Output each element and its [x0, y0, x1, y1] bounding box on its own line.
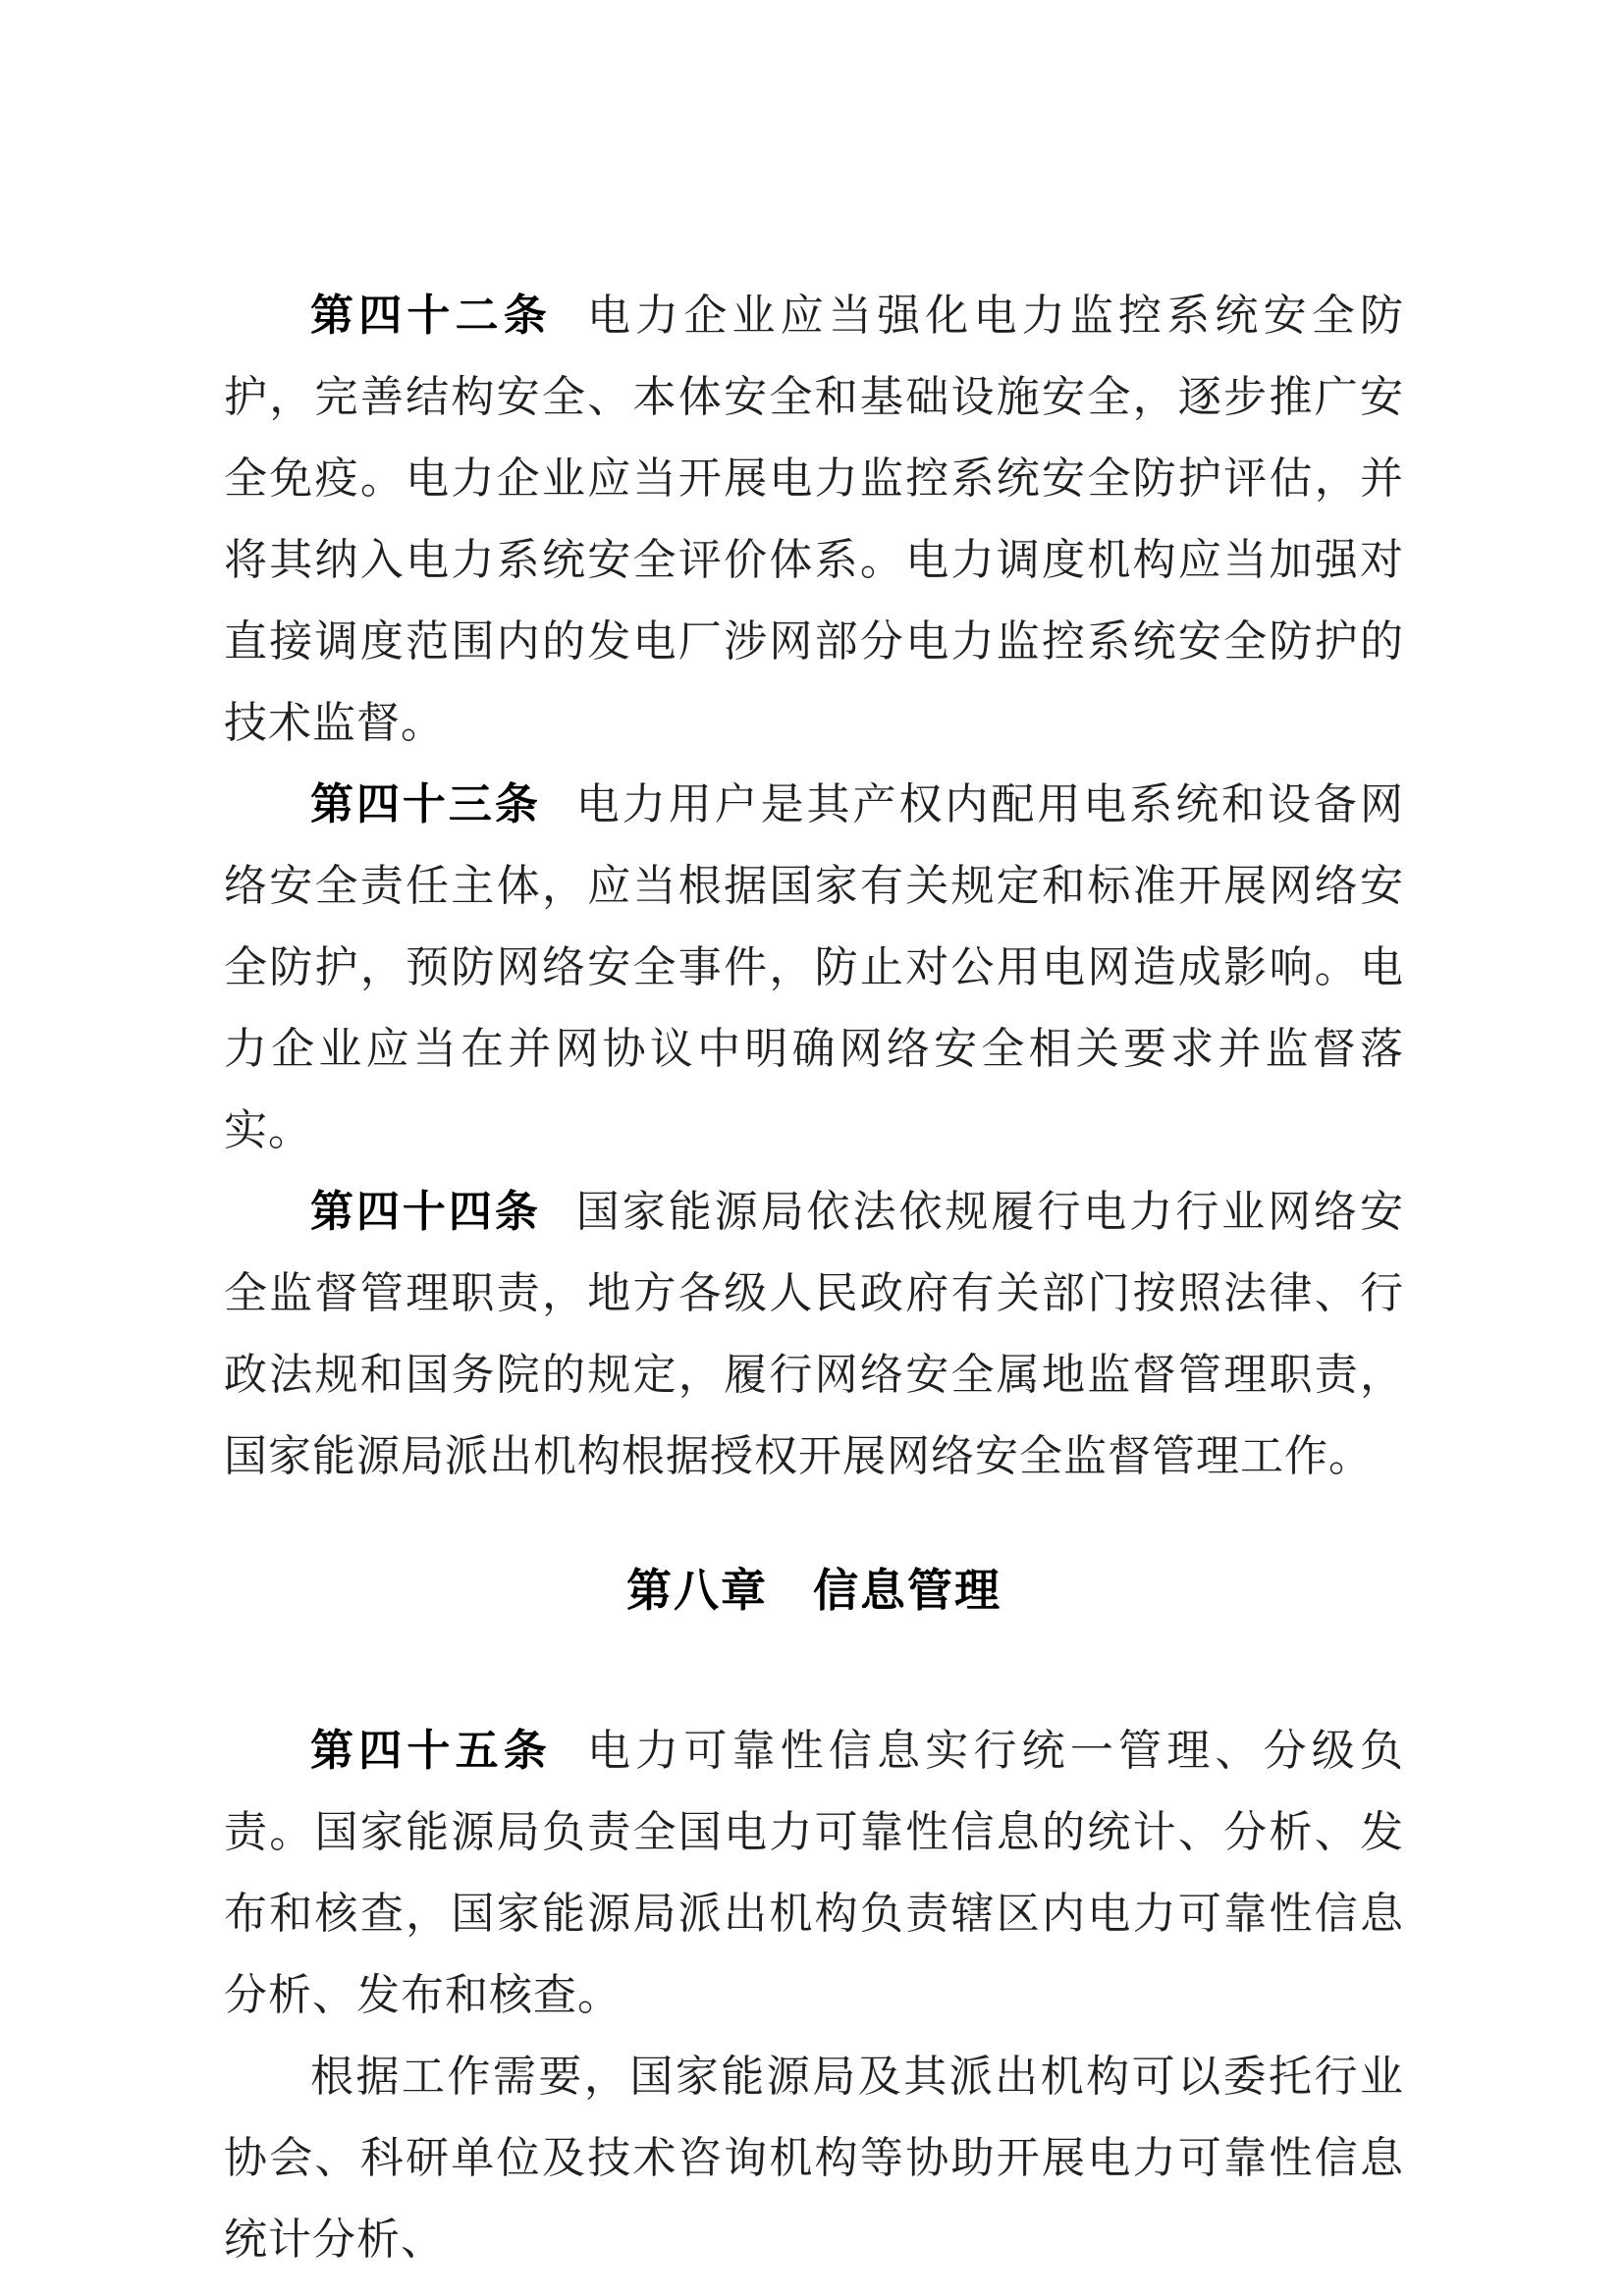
chapter-8-title: 信息管理 [813, 1564, 1001, 1617]
article-42-paragraph: 第四十二条电力企业应当强化电力监控系统安全防护，完善结构安全、本体安全和基础设施… [224, 275, 1404, 764]
document-page: 第四十二条电力企业应当强化电力监控系统安全防护，完善结构安全、本体安全和基础设施… [0, 0, 1624, 2296]
article-45-paragraph: 第四十五条电力可靠性信息实行统一管理、分级负责。国家能源局负责全国电力可靠性信息… [224, 1710, 1404, 2036]
article-43-paragraph: 第四十三条电力用户是其产权内配用电系统和设备网络安全责任主体，应当根据国家有关规… [224, 764, 1404, 1171]
article-42-term: 第四十二条 [310, 291, 552, 341]
chapter-8-number: 第八章 [626, 1564, 768, 1617]
article-42-text: 电力企业应当强化电力监控系统安全防护，完善结构安全、本体安全和基础设施安全，逐步… [224, 292, 1404, 747]
article-43-term: 第四十三条 [310, 779, 541, 829]
document-body: 第四十二条电力企业应当强化电力监控系统安全防护，完善结构安全、本体安全和基础设施… [224, 275, 1404, 2280]
article-44-term: 第四十四条 [310, 1187, 541, 1237]
article-45-term: 第四十五条 [310, 1726, 552, 1776]
article-44-paragraph: 第四十四条国家能源局依法依规履行电力行业网络安全监督管理职责，地方各级人民政府有… [224, 1171, 1404, 1497]
continuation-text: 根据工作需要，国家能源局及其派出机构可以委托行业协会、科研单位及技术咨询机构等协… [224, 2053, 1404, 2264]
chapter-8-heading: 第八章信息管理 [224, 1550, 1404, 1631]
continuation-paragraph: 根据工作需要，国家能源局及其派出机构可以委托行业协会、科研单位及技术咨询机构等协… [224, 2036, 1404, 2280]
article-43-text: 电力用户是其产权内配用电系统和设备网络安全责任主体，应当根据国家有关规定和标准开… [224, 780, 1404, 1154]
